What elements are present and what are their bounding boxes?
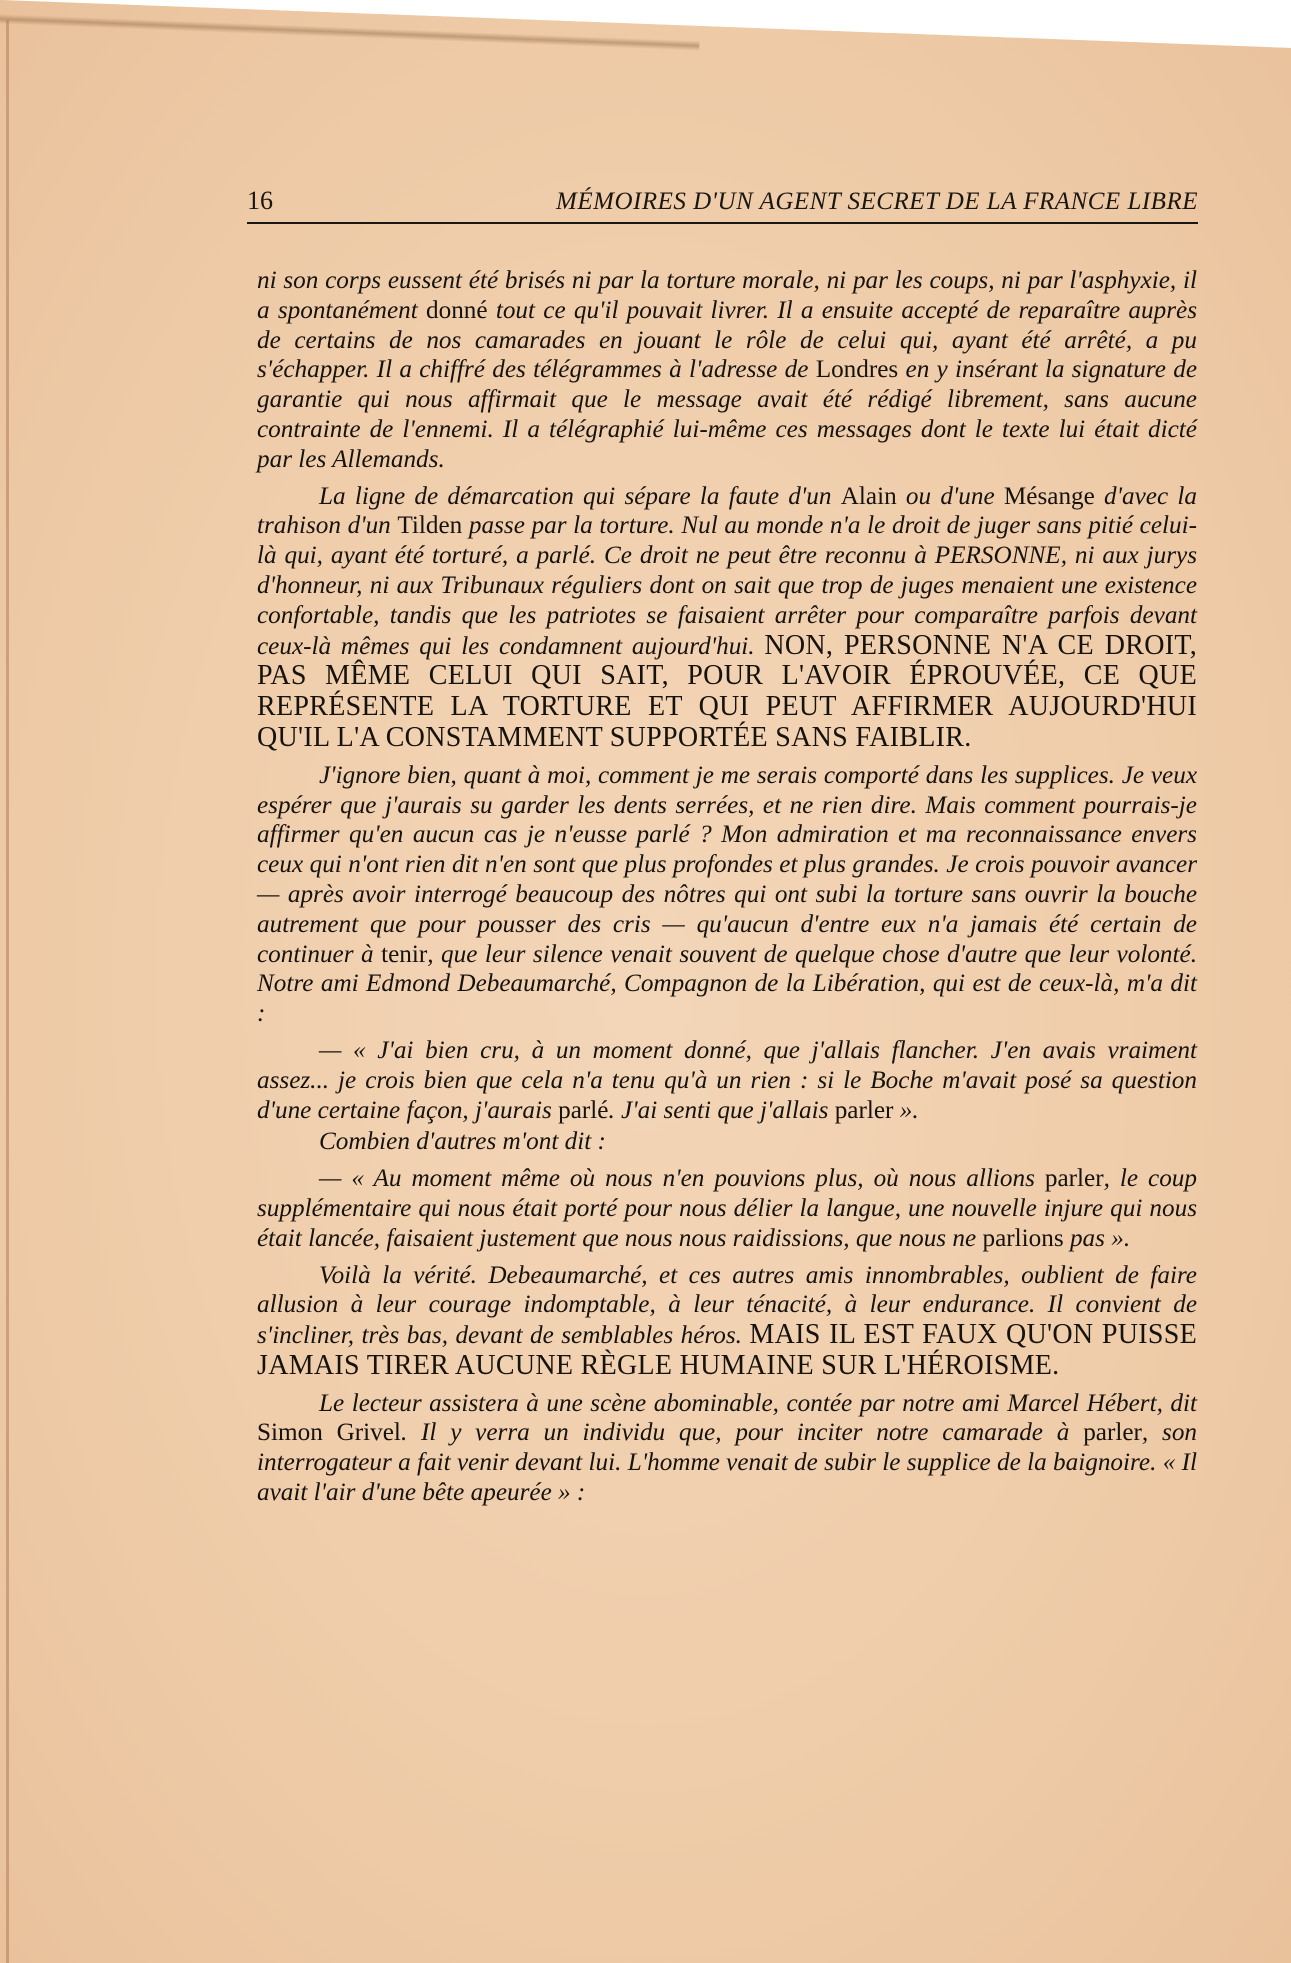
text-run: tenir (381, 941, 427, 968)
paragraph: ni son corps eussent été brisés ni par l… (257, 266, 1197, 475)
paragraph: Le lecteur assistera à une scène abomina… (257, 1389, 1197, 1508)
paragraph: J'ignore bien, quant à moi, comment je m… (257, 761, 1197, 1029)
text-run: — « Au moment même où nous n'en pouvions… (319, 1165, 1045, 1192)
page-binding-edge (6, 20, 9, 1963)
text-run: . J'ai senti que j'allais (608, 1097, 834, 1124)
text-run: pas ». (1064, 1225, 1130, 1252)
text-run: parlions (982, 1225, 1063, 1252)
running-title: MÉMOIRES D'UN AGENT SECRET DE LA FRANCE … (556, 188, 1198, 216)
paragraph: Voilà la vérité. Debeaumarché, et ces au… (257, 1261, 1197, 1382)
book-page: 16 MÉMOIRES D'UN AGENT SECRET DE LA FRAN… (0, 0, 1291, 1963)
paragraph: La ligne de démarcation qui sépare la fa… (257, 482, 1197, 754)
text-run: J'ignore bien, quant à moi, comment je m… (257, 762, 1197, 968)
text-run: Simon Grivel (257, 1419, 401, 1446)
text-run: Tilden (397, 512, 462, 539)
text-run: donné (426, 297, 488, 324)
text-run: La ligne de démarcation qui sépare la fa… (319, 483, 841, 510)
text-run: Alain (841, 483, 897, 510)
header-rule (247, 222, 1198, 224)
running-header: 16 MÉMOIRES D'UN AGENT SECRET DE LA FRAN… (247, 186, 1198, 226)
paragraph: — « J'ai bien cru, à un moment donné, qu… (257, 1036, 1197, 1125)
text-run: ou d'une (897, 483, 1004, 510)
page-top-edge-stain (0, 14, 699, 51)
text-run: Mésange (1004, 483, 1095, 510)
text-run: parler (835, 1097, 894, 1124)
text-run: parlé (558, 1097, 608, 1124)
paragraph: — « Au moment même où nous n'en pouvions… (257, 1164, 1197, 1253)
text-run: parler (1083, 1419, 1142, 1446)
text-run: Combien d'autres m'ont dit : (319, 1128, 606, 1155)
text-run: ». (893, 1097, 918, 1124)
paragraph: Combien d'autres m'ont dit : (257, 1127, 1197, 1157)
text-run: Londres (816, 356, 899, 383)
text-run: parler (1045, 1165, 1104, 1192)
page-number: 16 (247, 186, 273, 216)
text-run: Le lecteur assistera à une scène abomina… (319, 1390, 1197, 1417)
text-run: . Il y verra un individu que, pour incit… (401, 1419, 1083, 1446)
body-text: ni son corps eussent été brisés ni par l… (257, 266, 1197, 1508)
